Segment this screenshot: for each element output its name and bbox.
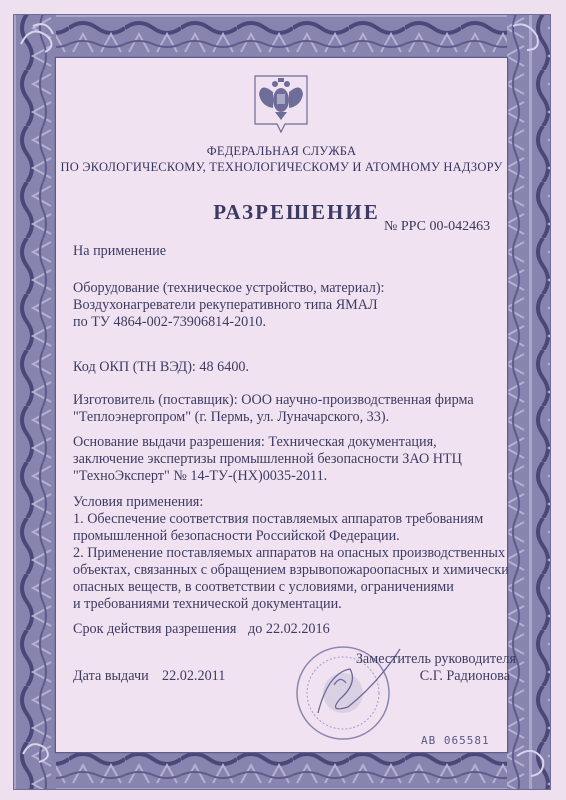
condition-line: опасных веществ, в соответствии с услови…: [73, 579, 454, 596]
issue-date: 22.02.2011: [162, 668, 225, 685]
condition-line: промышленной безопасности Российской Фед…: [73, 528, 400, 545]
signer-title: Заместитель руководителя: [356, 651, 516, 668]
validity-label: Срок действия разрешения: [73, 621, 236, 638]
manufacturer-line-2: "Теплоэнергопром" (г. Пермь, ул. Луначар…: [73, 409, 389, 426]
permit-number: № РРС 00-042463: [384, 219, 490, 235]
okp-code: Код ОКП (ТН ВЭД): 48 6400.: [73, 359, 249, 376]
coat-of-arms-icon: [253, 74, 309, 136]
basis-line-2: заключение экспертизы промышленной безоп…: [73, 451, 462, 468]
agency-name: ФЕДЕРАЛЬНАЯ СЛУЖБА: [56, 144, 507, 159]
conditions-heading: Условия применения:: [73, 494, 203, 511]
basis-line-1: Основание выдачи разрешения: Техническая…: [73, 434, 437, 451]
manufacturer-line-1: Изготовитель (поставщик): ООО научно-про…: [73, 392, 474, 409]
equipment-label: Оборудование (техническое устройство, ма…: [73, 280, 385, 297]
equipment-spec: по ТУ 4864-002-73906814-2010.: [73, 314, 266, 331]
signer-name: С.Г. Радионова: [420, 668, 510, 685]
official-seal-icon: [288, 633, 428, 743]
purpose-text: На применение: [73, 243, 166, 260]
basis-line-3: "ТехноЭксперт" № 14-ТУ-(НХ)0035-2011.: [73, 468, 327, 485]
form-serial-number: АВ 065581: [421, 734, 490, 747]
equipment-name: Воздухонагреватели рекуперативного типа …: [73, 297, 378, 314]
condition-line: и требованиями технической документации.: [73, 596, 342, 613]
agency-subtitle: ПО ЭКОЛОГИЧЕСКОМУ, ТЕХНОЛОГИЧЕСКОМУ И АТ…: [56, 160, 507, 175]
condition-line: объектах, связанных с обращением взрывоп…: [73, 562, 509, 579]
condition-line: 2. Применение поставляемых аппаратов на …: [73, 545, 505, 562]
condition-line: 1. Обеспечение соответствия поставляемых…: [73, 511, 483, 528]
issue-label: Дата выдачи: [73, 668, 149, 685]
